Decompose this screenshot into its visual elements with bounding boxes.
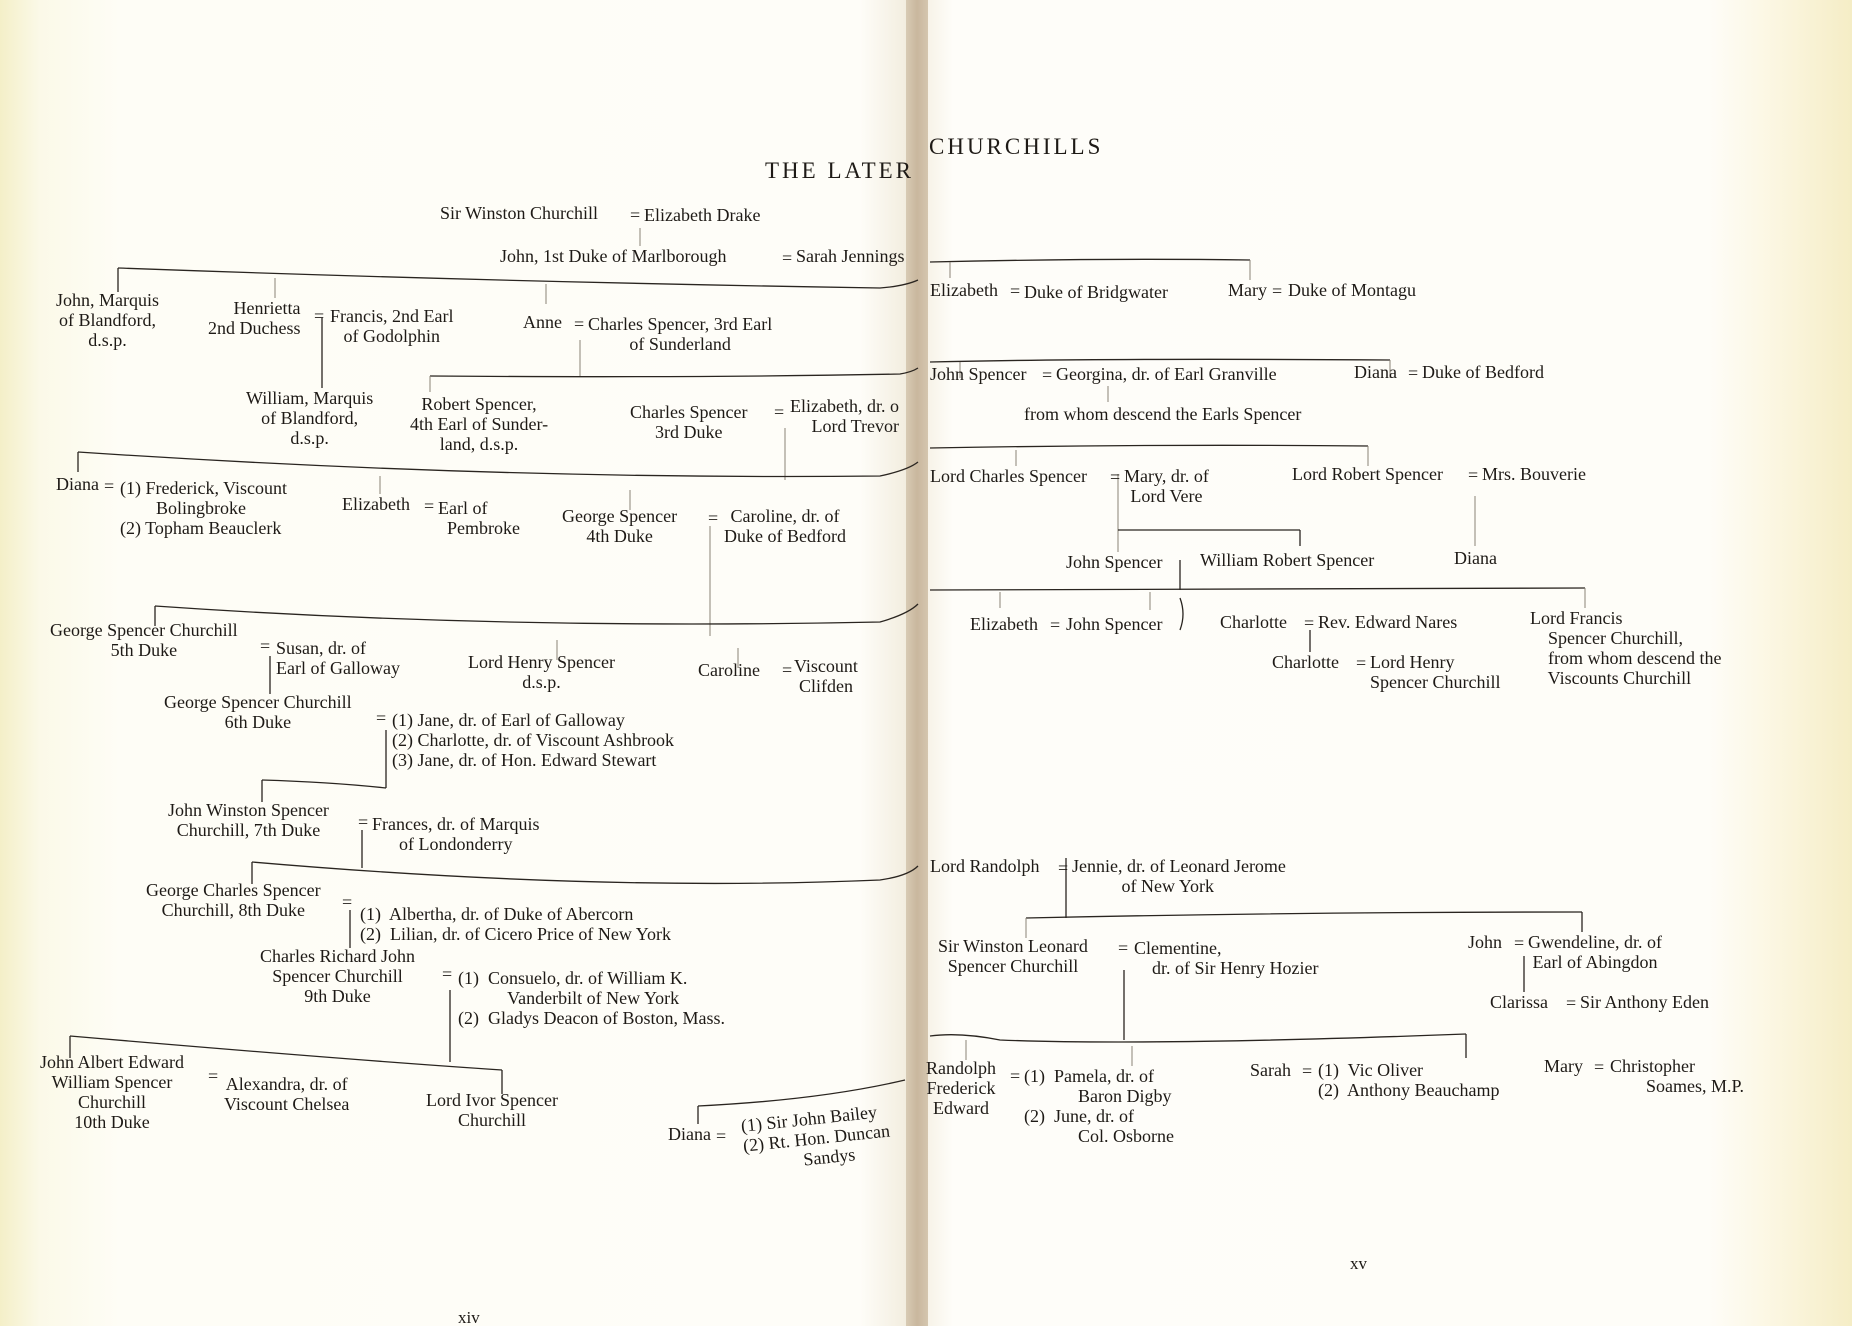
person-diana: Diana [56, 474, 99, 494]
marriage-sign: = [424, 496, 434, 516]
person-john-churchill: John [1468, 932, 1502, 952]
person-clarissa: Clarissa [1490, 992, 1548, 1012]
person-caroline-bedford: Caroline, dr. of Duke of Bedford [724, 506, 846, 546]
marriage-sign: = [1408, 363, 1418, 383]
marriage-sign: = [1302, 1061, 1312, 1081]
marriage-sign: = [342, 892, 352, 912]
person-charlotte-nares: Charlotte [1220, 612, 1287, 632]
person-lord-henry-spencer-churchill: Lord Henry Spencer Churchill [1370, 652, 1500, 692]
marriage-sign: = [104, 476, 114, 496]
person-elizabeth-drake: Elizabeth Drake [644, 205, 760, 225]
marriage-sign: = [708, 508, 718, 528]
marriage-sign: = [1010, 281, 1020, 301]
person-charlotte-henry: Charlotte [1272, 652, 1339, 672]
person-georgina-granville: Georgina, dr. of Earl Granville [1056, 364, 1277, 384]
marriage-sign: = [1042, 365, 1052, 385]
marriage-sign: = [442, 964, 452, 984]
person-john-spencer-son: John Spencer [1066, 552, 1162, 572]
person-george-spencer-4th-duke: George Spencer 4th Duke [562, 506, 677, 546]
person-randolph-frederick-edward: Randolph Frederick Edward [926, 1058, 996, 1118]
person-jennie-jerome: Jennie, dr. of Leonard Jerome of New Yor… [1072, 856, 1286, 896]
person-elizabeth-bridgwater: Elizabeth [930, 280, 998, 300]
person-lord-charles-spencer: Lord Charles Spencer [930, 466, 1087, 486]
eighth-duke-spouses: (1) Albertha, dr. of Duke of Abercorn (2… [360, 904, 671, 944]
person-john-albert-10th-duke: John Albert Edward William Spencer Churc… [40, 1052, 184, 1132]
person-lord-ivor-spencer-churchill: Lord Ivor Spencer Churchill [426, 1090, 558, 1130]
marriage-sign: = [208, 1066, 218, 1086]
marriage-sign: = [630, 205, 640, 225]
marriage-sign: = [376, 708, 386, 728]
person-sir-winston-churchill: Sir Winston Churchill [440, 203, 598, 223]
person-lord-randolph: Lord Randolph [930, 856, 1040, 876]
person-henrietta: Henrietta 2nd Duchess [208, 298, 301, 338]
person-caroline: Caroline [698, 660, 760, 680]
person-george-5th-duke: George Spencer Churchill 5th Duke [50, 620, 238, 660]
person-sir-anthony-eden: Sir Anthony Eden [1580, 992, 1709, 1012]
marriage-sign: = [1110, 467, 1120, 487]
person-anne: Anne [523, 312, 562, 332]
person-george-charles-8th-duke: George Charles Spencer Churchill, 8th Du… [146, 880, 321, 920]
person-mary-soames: Mary [1544, 1056, 1583, 1076]
sarah-spouses: (1) Vic Oliver (2) Anthony Beauchamp [1318, 1060, 1499, 1100]
marriage-sign: = [1356, 653, 1366, 673]
title-right: CHURCHILLS [929, 134, 1103, 160]
person-frances-londonderry: Frances, dr. of Marquis of Londonderry [372, 814, 539, 854]
person-sarah: Sarah [1250, 1060, 1291, 1080]
person-mrs-bouverie: Mrs. Bouverie [1482, 464, 1586, 484]
person-sarah-jennings: Sarah Jennings [796, 246, 904, 266]
person-elizabeth-trevor: Elizabeth, dr. o Lord Trevor [790, 396, 899, 436]
person-charles-spencer-3rd-duke: Charles Spencer 3rd Duke [630, 402, 747, 442]
marriage-sign: = [782, 248, 792, 268]
person-duke-of-bridgwater: Duke of Bridgwater [1024, 282, 1168, 302]
marriage-sign: = [1118, 938, 1128, 958]
marriage-sign: = [260, 636, 270, 656]
person-john-winston-7th-duke: John Winston Spencer Churchill, 7th Duke [168, 800, 329, 840]
title-left: THE LATER [765, 158, 914, 184]
person-elizabeth-spencer: Elizabeth [970, 614, 1038, 634]
book-gutter [906, 0, 928, 1326]
randolph-spouses: (1) Pamela, dr. of Baron Digby (2) June,… [1024, 1066, 1174, 1146]
person-alexandra-chelsea: Alexandra, dr. of Viscount Chelsea [224, 1074, 349, 1114]
ninth-duke-spouses: (1) Consuelo, dr. of William K. Vanderbi… [458, 968, 725, 1028]
diana-spouses: (1) Frederick, Viscount Bolingbroke (2) … [120, 478, 287, 538]
person-duke-of-bedford: Duke of Bedford [1422, 362, 1544, 382]
person-george-6th-duke: George Spencer Churchill 6th Duke [164, 692, 352, 732]
person-john-spencer-husband: John Spencer [1066, 614, 1162, 634]
marriage-sign: = [1058, 858, 1068, 878]
person-charles-spencer-sunderland: Charles Spencer, 3rd Earl of Sunderland [588, 314, 772, 354]
person-lord-francis-spencer-churchill: Lord Francis Spencer Churchill, from who… [1530, 608, 1721, 688]
marriage-sign: = [1468, 465, 1478, 485]
person-susan-galloway: Susan, dr. of Earl of Galloway [276, 638, 400, 678]
person-mary-vere: Mary, dr. of Lord Vere [1124, 466, 1209, 506]
person-viscount-clifden: Viscount Clifden [794, 656, 858, 696]
marriage-sign: = [1050, 615, 1060, 635]
person-john-marquis-blandford: John, Marquis of Blandford, d.s.p. [56, 290, 159, 350]
person-william-marquis-blandford: William, Marquis of Blandford, d.s.p. [246, 388, 373, 448]
person-gwendeline-abingdon: Gwendeline, dr. of Earl of Abingdon [1528, 932, 1662, 972]
person-john-1st-duke: John, 1st Duke of Marlborough [500, 246, 726, 266]
person-rev-edward-nares: Rev. Edward Nares [1318, 612, 1457, 632]
marriage-sign: = [782, 660, 792, 680]
person-christopher-soames: Christopher Soames, M.P. [1610, 1056, 1744, 1096]
marriage-sign: = [716, 1126, 726, 1146]
person-diana-bouverie: Diana [1454, 548, 1497, 568]
marriage-sign: = [1272, 281, 1282, 301]
marriage-sign: = [358, 812, 368, 832]
person-mary-montagu: Mary [1228, 280, 1267, 300]
marriage-sign: = [774, 402, 784, 422]
note-earls-spencer: from whom descend the Earls Spencer [1024, 404, 1301, 424]
person-earl-of-pembroke: Earl of Pembroke [438, 498, 520, 538]
person-sir-winston-leonard-spencer-churchill: Sir Winston Leonard Spencer Churchill [938, 936, 1088, 976]
marriage-sign: = [1594, 1057, 1604, 1077]
marriage-sign: = [1514, 933, 1524, 953]
sixth-duke-spouses: (1) Jane, dr. of Earl of Galloway (2) Ch… [392, 710, 674, 770]
marriage-sign: = [1566, 993, 1576, 1013]
marriage-sign: = [314, 306, 324, 326]
person-diana-sandys: Diana [668, 1124, 711, 1144]
person-diana-bedford: Diana [1354, 362, 1397, 382]
person-william-robert-spencer: William Robert Spencer [1200, 550, 1374, 570]
page-number-right: xv [1350, 1254, 1367, 1274]
person-francis-godolphin: Francis, 2nd Earl of Godolphin [330, 306, 453, 346]
person-john-spencer-granville: John Spencer [930, 364, 1026, 384]
marriage-sign: = [574, 314, 584, 334]
marriage-sign: = [1304, 613, 1314, 633]
page-number-left: xiv [458, 1308, 480, 1326]
person-charles-richard-9th-duke: Charles Richard John Spencer Churchill 9… [260, 946, 415, 1006]
person-robert-spencer: Robert Spencer, 4th Earl of Sunder- land… [410, 394, 548, 454]
person-duke-of-montagu: Duke of Montagu [1288, 280, 1416, 300]
person-clementine-hozier: Clementine, dr. of Sir Henry Hozier [1134, 938, 1318, 978]
person-lord-robert-spencer: Lord Robert Spencer [1292, 464, 1443, 484]
marriage-sign: = [1010, 1066, 1020, 1086]
person-lord-henry-spencer: Lord Henry Spencer d.s.p. [468, 652, 615, 692]
person-elizabeth-pembroke: Elizabeth [342, 494, 410, 514]
